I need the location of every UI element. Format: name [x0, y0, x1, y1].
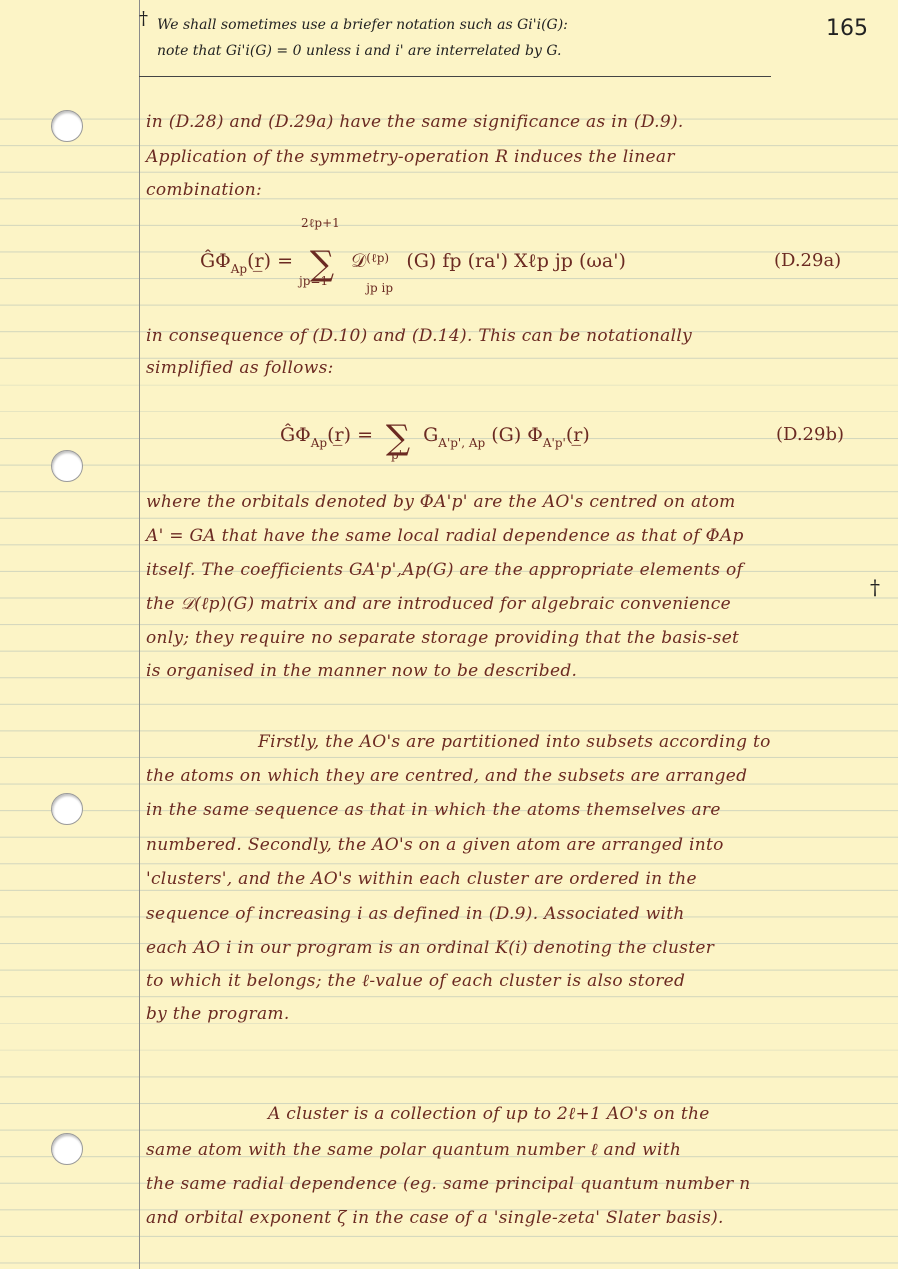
- eq-lhs-arg: (r̲) =: [247, 250, 293, 272]
- sum-lower-limit: p': [391, 448, 402, 462]
- equation-label: (D.29b): [776, 424, 844, 445]
- text-line: simplified as follows:: [146, 358, 334, 378]
- text-line: itself. The coefficients GA'p',Ap(G) are…: [146, 560, 743, 580]
- text-line: numbered. Secondly, the AO's on a given …: [146, 835, 724, 855]
- text-line: only; they require no separate storage p…: [146, 628, 739, 648]
- text-line: the 𝒟(ℓp)(G) matrix and are introduced f…: [146, 594, 731, 614]
- punch-hole: [51, 110, 83, 142]
- equation-label: (D.29a): [774, 250, 841, 271]
- equation-d29b: ĜΦAp(r̲) = ∑ p' GA'p', Ap (G) ΦA'p'(r̲): [280, 418, 590, 458]
- text-line: where the orbitals denoted by ΦA'p' are …: [146, 492, 736, 512]
- text-line: in the same sequence as that in which th…: [146, 800, 721, 820]
- text-line: the same radial dependence (eg. same pri…: [146, 1174, 751, 1194]
- eq-rest-sub: A'p': [543, 436, 566, 450]
- footnote: † We shall sometimes use a briefer notat…: [143, 12, 763, 64]
- eq-lhs: ĜΦ: [280, 424, 311, 446]
- text-line: A cluster is a collection of up to 2ℓ+1 …: [268, 1104, 710, 1124]
- eq-lhs-sub: Ap: [311, 436, 327, 450]
- footnote-rule: [139, 76, 771, 77]
- eq-rest: (G) Φ: [491, 424, 543, 446]
- eq-d-sub: jp ip: [366, 281, 393, 295]
- text-line: is organised in the manner now to be des…: [146, 661, 577, 681]
- footnote-line: note that Gi'i(G) = 0 unless i and i' ar…: [143, 38, 763, 64]
- footnote-line: We shall sometimes use a briefer notatio…: [143, 12, 763, 38]
- equation-d29a: ĜΦAp(r̲) = 2ℓp+1 ∑ jp=1 𝒟(ℓp)jp ip (G) f…: [200, 244, 626, 284]
- text-line: combination:: [146, 180, 262, 200]
- punch-hole: [51, 450, 83, 482]
- notebook-page: † We shall sometimes use a briefer notat…: [0, 0, 898, 1269]
- eq-rest-arg: (r̲): [566, 424, 590, 446]
- text-line: same atom with the same polar quantum nu…: [146, 1140, 681, 1160]
- text-line: the atoms on which they are centred, and…: [146, 766, 747, 786]
- punch-hole: [51, 793, 83, 825]
- text-line: in (D.28) and (D.29a) have the same sign…: [146, 112, 684, 132]
- eq-lhs-sub: Ap: [231, 262, 247, 276]
- sum-upper-limit: 2ℓp+1: [301, 216, 340, 231]
- text-line: by the program.: [146, 1004, 290, 1024]
- punch-hole: [51, 1133, 83, 1165]
- text-line: Application of the symmetry-operation R …: [146, 147, 675, 167]
- text-line: each AO i in our program is an ordinal K…: [146, 938, 714, 958]
- text-line: in consequence of (D.10) and (D.14). Thi…: [146, 326, 692, 346]
- text-line: to which it belongs; the ℓ-value of each…: [146, 971, 685, 991]
- eq-d-sup: (ℓp): [366, 251, 389, 266]
- text-line: A' = GA that have the same local radial …: [146, 526, 744, 546]
- text-line: and orbital exponent ζ in the case of a …: [146, 1208, 724, 1228]
- page-number: 165: [826, 16, 868, 41]
- text-line: Firstly, the AO's are partitioned into s…: [258, 732, 771, 752]
- eq-rest: (G) fp (ra') Xℓp jp (ωa'): [406, 250, 626, 272]
- text-line: 'clusters', and the AO's within each clu…: [146, 869, 697, 889]
- eq-g-coeff: G: [423, 424, 438, 446]
- eq-g-sub: A'p', Ap: [438, 436, 485, 450]
- sum-lower-limit: jp=1: [299, 274, 328, 288]
- margin-line: [139, 0, 140, 1269]
- eq-lhs: ĜΦ: [200, 250, 231, 272]
- eq-d-matrix: 𝒟: [351, 250, 366, 272]
- dagger-marker: †: [870, 575, 880, 599]
- dagger-marker: †: [139, 6, 148, 32]
- text-line: sequence of increasing i as defined in (…: [146, 904, 685, 924]
- eq-lhs-arg: (r̲) =: [327, 424, 373, 446]
